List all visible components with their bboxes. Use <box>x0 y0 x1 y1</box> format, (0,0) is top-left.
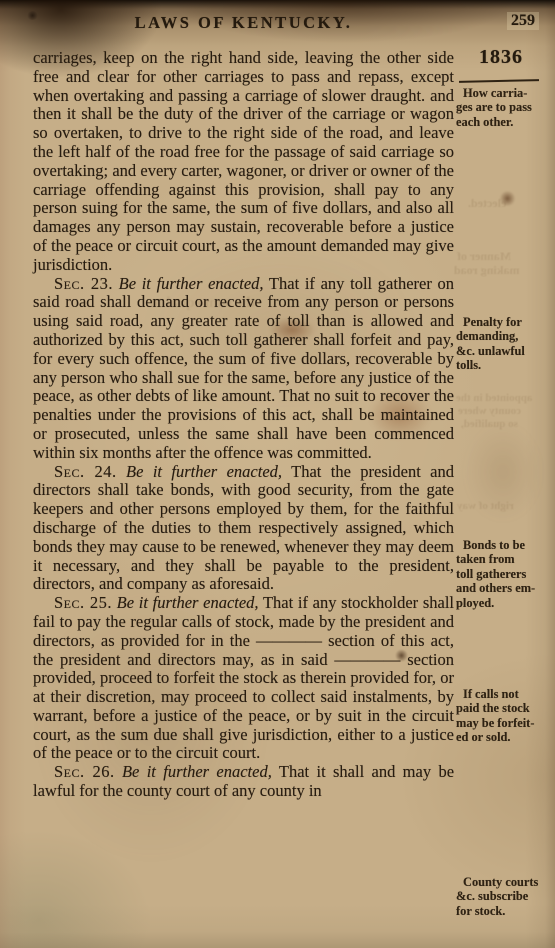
paragraph-text: That if any stockholder shall fail to pa… <box>33 593 454 762</box>
enacting-clause: Be it further enacted, <box>117 593 259 612</box>
statute-section-25: Sec. 25. Be it further enacted, That if … <box>33 594 454 763</box>
margin-note: How carria- ges are to pass each other. <box>456 86 552 129</box>
section-label: Sec. 25. <box>54 593 112 612</box>
margin-year: 1836 <box>460 46 542 69</box>
page-number: 259 <box>507 12 539 30</box>
paper-stain <box>466 424 540 520</box>
section-label: Sec. 26. <box>54 762 115 781</box>
bleed-through-text: right of way <box>457 500 514 512</box>
enacting-clause: Be it further enacted, <box>122 762 272 781</box>
bleed-through-text: making road <box>454 263 519 278</box>
margin-note: Penalty for demanding, &c. unlawful toll… <box>456 315 552 373</box>
bleed-through-text: so qualified, <box>461 418 518 430</box>
statute-section-24: Sec. 24. Be it further enacted, That the… <box>33 463 454 595</box>
margin-note: If calls not paid the stock may be forfe… <box>456 687 552 745</box>
margin-note: Bonds to be taken from toll gatherers an… <box>456 538 552 610</box>
paragraph-text: That if any toll gatherer on said road s… <box>33 274 454 462</box>
paragraph-text: carriages, keep on the right hand side, … <box>33 48 454 274</box>
bleed-through-text: county where <box>458 405 521 417</box>
enacting-clause: Be it further enacted, <box>119 274 264 293</box>
paragraph-continuation: carriages, keep on the right hand side, … <box>33 49 454 275</box>
section-label: Sec. 24. <box>54 462 117 481</box>
statute-text-column: carriages, keep on the right hand side, … <box>33 49 454 801</box>
margin-note: County courts &c. subscribe for stock. <box>456 875 552 918</box>
running-title: LAWS OF KENTUCKY. <box>33 13 454 33</box>
bleed-through-text: Manner of <box>457 249 511 264</box>
margin-year-rule <box>459 79 539 83</box>
paragraph-text: That the president and directors shall t… <box>33 462 454 594</box>
scanned-book-page: the sum equal to elected. Manner of maki… <box>0 0 555 948</box>
bleed-through-text: appointed in the <box>456 392 532 404</box>
bleed-through-text: elected. <box>468 196 506 211</box>
statute-section-23: Sec. 23. Be it further enacted, That if … <box>33 275 454 463</box>
statute-section-26: Sec. 26. Be it further enacted, That it … <box>33 763 454 801</box>
paper-stain <box>499 191 516 206</box>
section-label: Sec. 23. <box>54 274 113 293</box>
enacting-clause: Be it further enacted, <box>126 462 282 481</box>
